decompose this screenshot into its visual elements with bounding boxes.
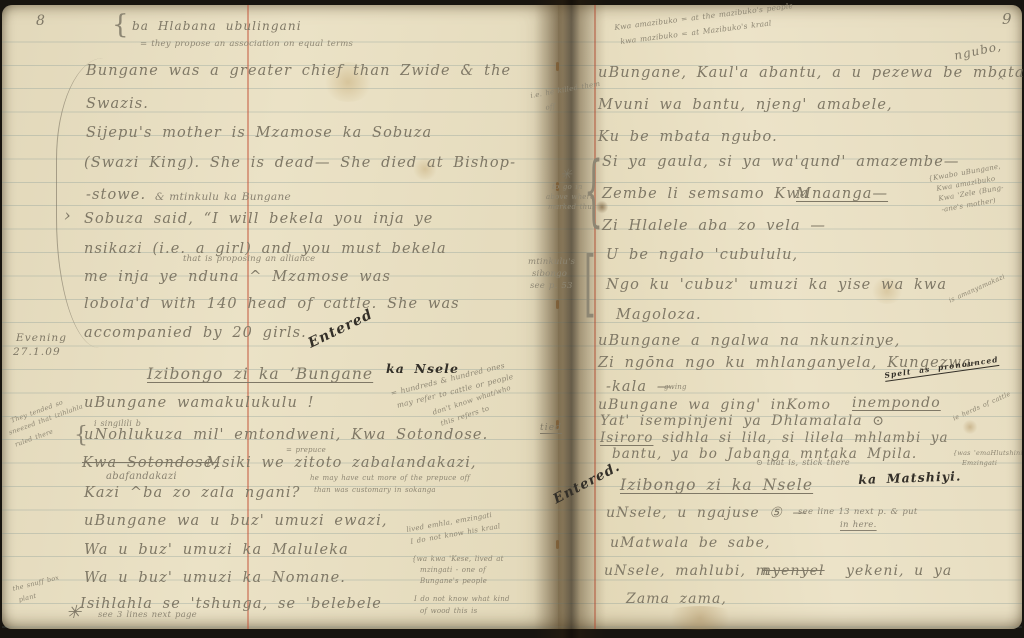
- handwritten-text: Bungane's people: [420, 578, 487, 585]
- handwritten-text: uMatwala be sabe,: [610, 536, 771, 551]
- notebook-scan: 8{ba Hlabana ubulingani= they propose an…: [0, 0, 1024, 638]
- handwritten-text: Mnaanga—: [796, 187, 888, 202]
- binding-stitch: [556, 540, 559, 549]
- handwritten-text: Kazi ^ba zo zala ngani?: [84, 486, 301, 501]
- handwritten-text: nyenyel: [762, 564, 825, 579]
- binding-stitch: [556, 62, 559, 71]
- handwritten-text: {: [584, 152, 603, 234]
- handwritten-text: lobola'd with 140 head of cattle. She wa…: [84, 297, 460, 312]
- asterisk-mark: ✳: [66, 604, 82, 623]
- handwritten-text: in here.: [840, 521, 877, 530]
- handwritten-text: Sijepu's mother is Mzamose ka Sobuza: [86, 126, 432, 141]
- handwritten-text: Isiroro: [600, 431, 653, 445]
- handwritten-text: Swazis.: [86, 97, 149, 112]
- handwritten-text: accompanied by 20 girls.: [84, 326, 307, 341]
- handwritten-text: ⊙ that is, stick there: [756, 459, 850, 467]
- handwritten-text: uBungane, Kaul'a abantu, a u pezewa be m…: [598, 66, 1024, 81]
- handwritten-text: uBungane wa u buz' umuzi ewazi,: [84, 514, 388, 529]
- handwritten-text: -stowe.: [86, 188, 146, 203]
- margin-date: 27.1.09: [13, 347, 61, 358]
- handwritten-text: Sobuza said, “I will bekela you inja ye: [84, 212, 433, 227]
- handwritten-text: [: [584, 248, 596, 324]
- handwritten-text: mzingati - one of: [420, 567, 486, 574]
- handwritten-text: uNohlukuza mil' emtondweni, Kwa Sotondos…: [84, 428, 488, 443]
- handwritten-text: Zi Hlalele aba zo vela —: [602, 219, 826, 234]
- margin-note: tied: [540, 424, 562, 433]
- handwritten-text: Wa u buz' umuzi ka Maluleka: [84, 543, 349, 558]
- margin-arrow: ›: [64, 208, 72, 226]
- handwritten-text: Zama zama,: [626, 592, 727, 607]
- handwritten-text: Emzingati: [962, 460, 997, 467]
- handwritten-text: uBungane a ngalwa na nkunzinye,: [598, 334, 900, 349]
- handwritten-text: Wa u buz' umuzi ka Nomane.: [84, 571, 346, 586]
- handwritten-text: that is proposing an alliance: [183, 255, 315, 264]
- section-heading: Izibongo zi ka Nsele: [620, 477, 813, 493]
- margin-star: ✳: [560, 168, 573, 183]
- handwritten-text: than was customary in sokanga: [314, 487, 436, 494]
- handwritten-text: Ku be mbata ngubo.: [598, 130, 778, 145]
- page-number-left: 8: [36, 14, 46, 29]
- handwritten-text: abafandakazi: [106, 472, 177, 483]
- handwritten-text: see line 13 next p. & put: [798, 508, 918, 517]
- ink-insertion: ka Matshiyi.: [858, 469, 962, 486]
- handwritten-text: of wood this is: [420, 608, 477, 615]
- handwritten-text: {: [112, 12, 129, 39]
- handwritten-text: see p. 53: [530, 282, 573, 291]
- page-number-right: 9: [1002, 12, 1013, 28]
- handwritten-text: to go in: [552, 184, 583, 191]
- handwritten-text: Ngo ku 'cubuz' umuzi ka yise wa kwa: [606, 278, 947, 293]
- handwritten-text: -kala —: [606, 380, 672, 395]
- handwritten-text: = they propose an association on equal t…: [140, 40, 353, 49]
- handwritten-text: me inja ye nduna ^ Mzamose was: [84, 270, 391, 285]
- handwritten-text: Si ya gaula, si ya wa'qund' amazembe—: [602, 155, 959, 170]
- handwritten-text: Bungane was a greater chief than Zwide &…: [86, 64, 511, 79]
- handwritten-text: gwing: [664, 384, 687, 391]
- handwritten-text: Magoloza.: [616, 308, 702, 323]
- handwritten-text: he may have cut more of the prepuce off: [310, 475, 470, 482]
- handwritten-text: sibongo: [532, 270, 567, 279]
- handwritten-text: (Swazi King). She is dead— She died at B…: [84, 156, 516, 171]
- margin-rule-left: [247, 5, 249, 629]
- handwritten-text: uBungane wamakulukulu !: [84, 396, 315, 411]
- ink-insertion: ka Nsele: [386, 362, 459, 375]
- handwritten-text: Yat' isempinjeni ya Dhlamalala ⊙: [600, 414, 885, 429]
- handwritten-text: uNsele, mahlubi, m: [604, 564, 770, 579]
- binding-stitch: [556, 300, 559, 309]
- handwritten-text: Zembe li semsamo Kwa: [602, 187, 810, 202]
- margin-date: Evening: [16, 333, 67, 344]
- handwritten-text: & mtinkulu ka Bungane: [155, 192, 291, 203]
- section-heading: Izibongo zi ka ’Bungane: [147, 366, 373, 382]
- handwritten-text: {wa kwa 'Kese, lived at: [412, 556, 504, 563]
- handwritten-text: uBungane wa ging' inKomo: [598, 398, 831, 413]
- handwritten-text: sidhla si lila, si lilela mhlambi ya: [662, 431, 949, 445]
- handwritten-text: ba Hlabana ubulingani: [132, 20, 302, 33]
- handwritten-text: inempondo: [852, 396, 941, 411]
- handwritten-text: uNsele, u ngajuse ⑤ —: [606, 506, 808, 521]
- handwritten-text: yekeni, u ya: [846, 564, 952, 579]
- handwritten-text: mtinkulu's: [528, 258, 575, 267]
- handwritten-text: U be ngalo 'cubululu,: [606, 248, 798, 263]
- handwritten-text: = prepuce: [286, 447, 326, 454]
- handwritten-text: Kwa Sotondose,: [82, 456, 219, 471]
- handwritten-text: see 3 lines next page: [98, 611, 197, 620]
- handwritten-text: Msiki we zitoto zabalandakazi,: [206, 456, 477, 471]
- handwritten-text: {was 'emaHlutshini: [953, 450, 1023, 457]
- handwritten-text: Mvuni wa bantu, njeng' amabele,: [598, 98, 893, 113]
- handwritten-text: I do not know what kind: [414, 596, 510, 603]
